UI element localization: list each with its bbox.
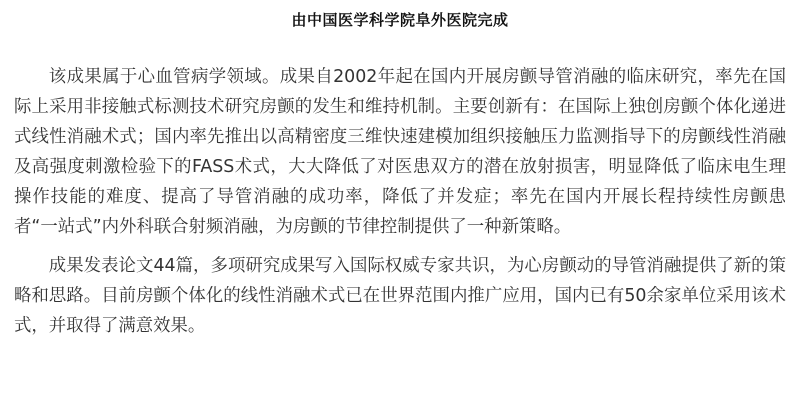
paragraph-1: 该成果属于心血管病学领域。成果自2002年起在国内开展房颤导管消融的临床研究，率… xyxy=(14,62,786,242)
article-body: 该成果属于心血管病学领域。成果自2002年起在国内开展房颤导管消融的临床研究，率… xyxy=(14,62,786,341)
document-title: 由中国医学科学院阜外医院完成 xyxy=(0,9,800,30)
paragraph-2: 成果发表论文44篇，多项研究成果写入国际权威专家共识，为心房颤动的导管消融提供了… xyxy=(14,251,786,341)
